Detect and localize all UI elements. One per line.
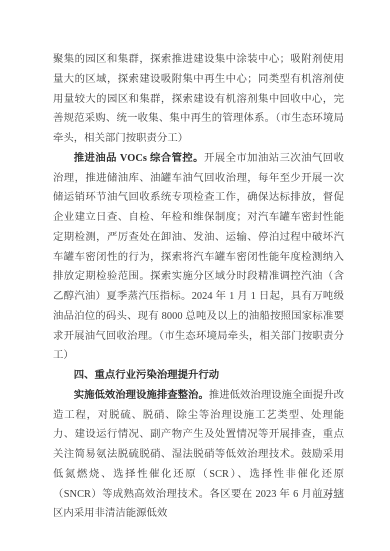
page-body: 聚集的园区和集群，探索推进建设集中涂装中心；吸附剂使用量大的区域，探索建设吸附集… — [53, 50, 344, 524]
paragraph-lead-bold: 推进油品 VOCs 综合管控。 — [74, 153, 204, 164]
paragraph-lead-bold: 实施低效治理设施排查整治。 — [74, 390, 209, 401]
page-number: —7— — [53, 491, 344, 505]
paragraph-continuation: 聚集的园区和集群，探索推进建设集中涂装中心；吸附剂使用量大的区域，探索建设吸附集… — [53, 50, 344, 149]
paragraph-oil-vocs: 推进油品 VOCs 综合管控。开展全市加油站三次油气回收治理，推进储油库、油罐车… — [53, 149, 344, 366]
document-page: 聚集的园区和集群，探索推进建设集中涂装中心；吸附剂使用量大的区域，探索建设吸附集… — [0, 0, 390, 551]
paragraph-text: 开展全市加油站三次油气回收治理，推进储油库、油罐车油气回收治理，每年至少开展一次… — [53, 153, 344, 362]
paragraph-text: 聚集的园区和集群，探索推进建设集中涂装中心；吸附剂使用量大的区域，探索建设吸附集… — [53, 54, 344, 144]
section-heading: 四、重点行业污染治理提升行动 — [53, 366, 344, 386]
